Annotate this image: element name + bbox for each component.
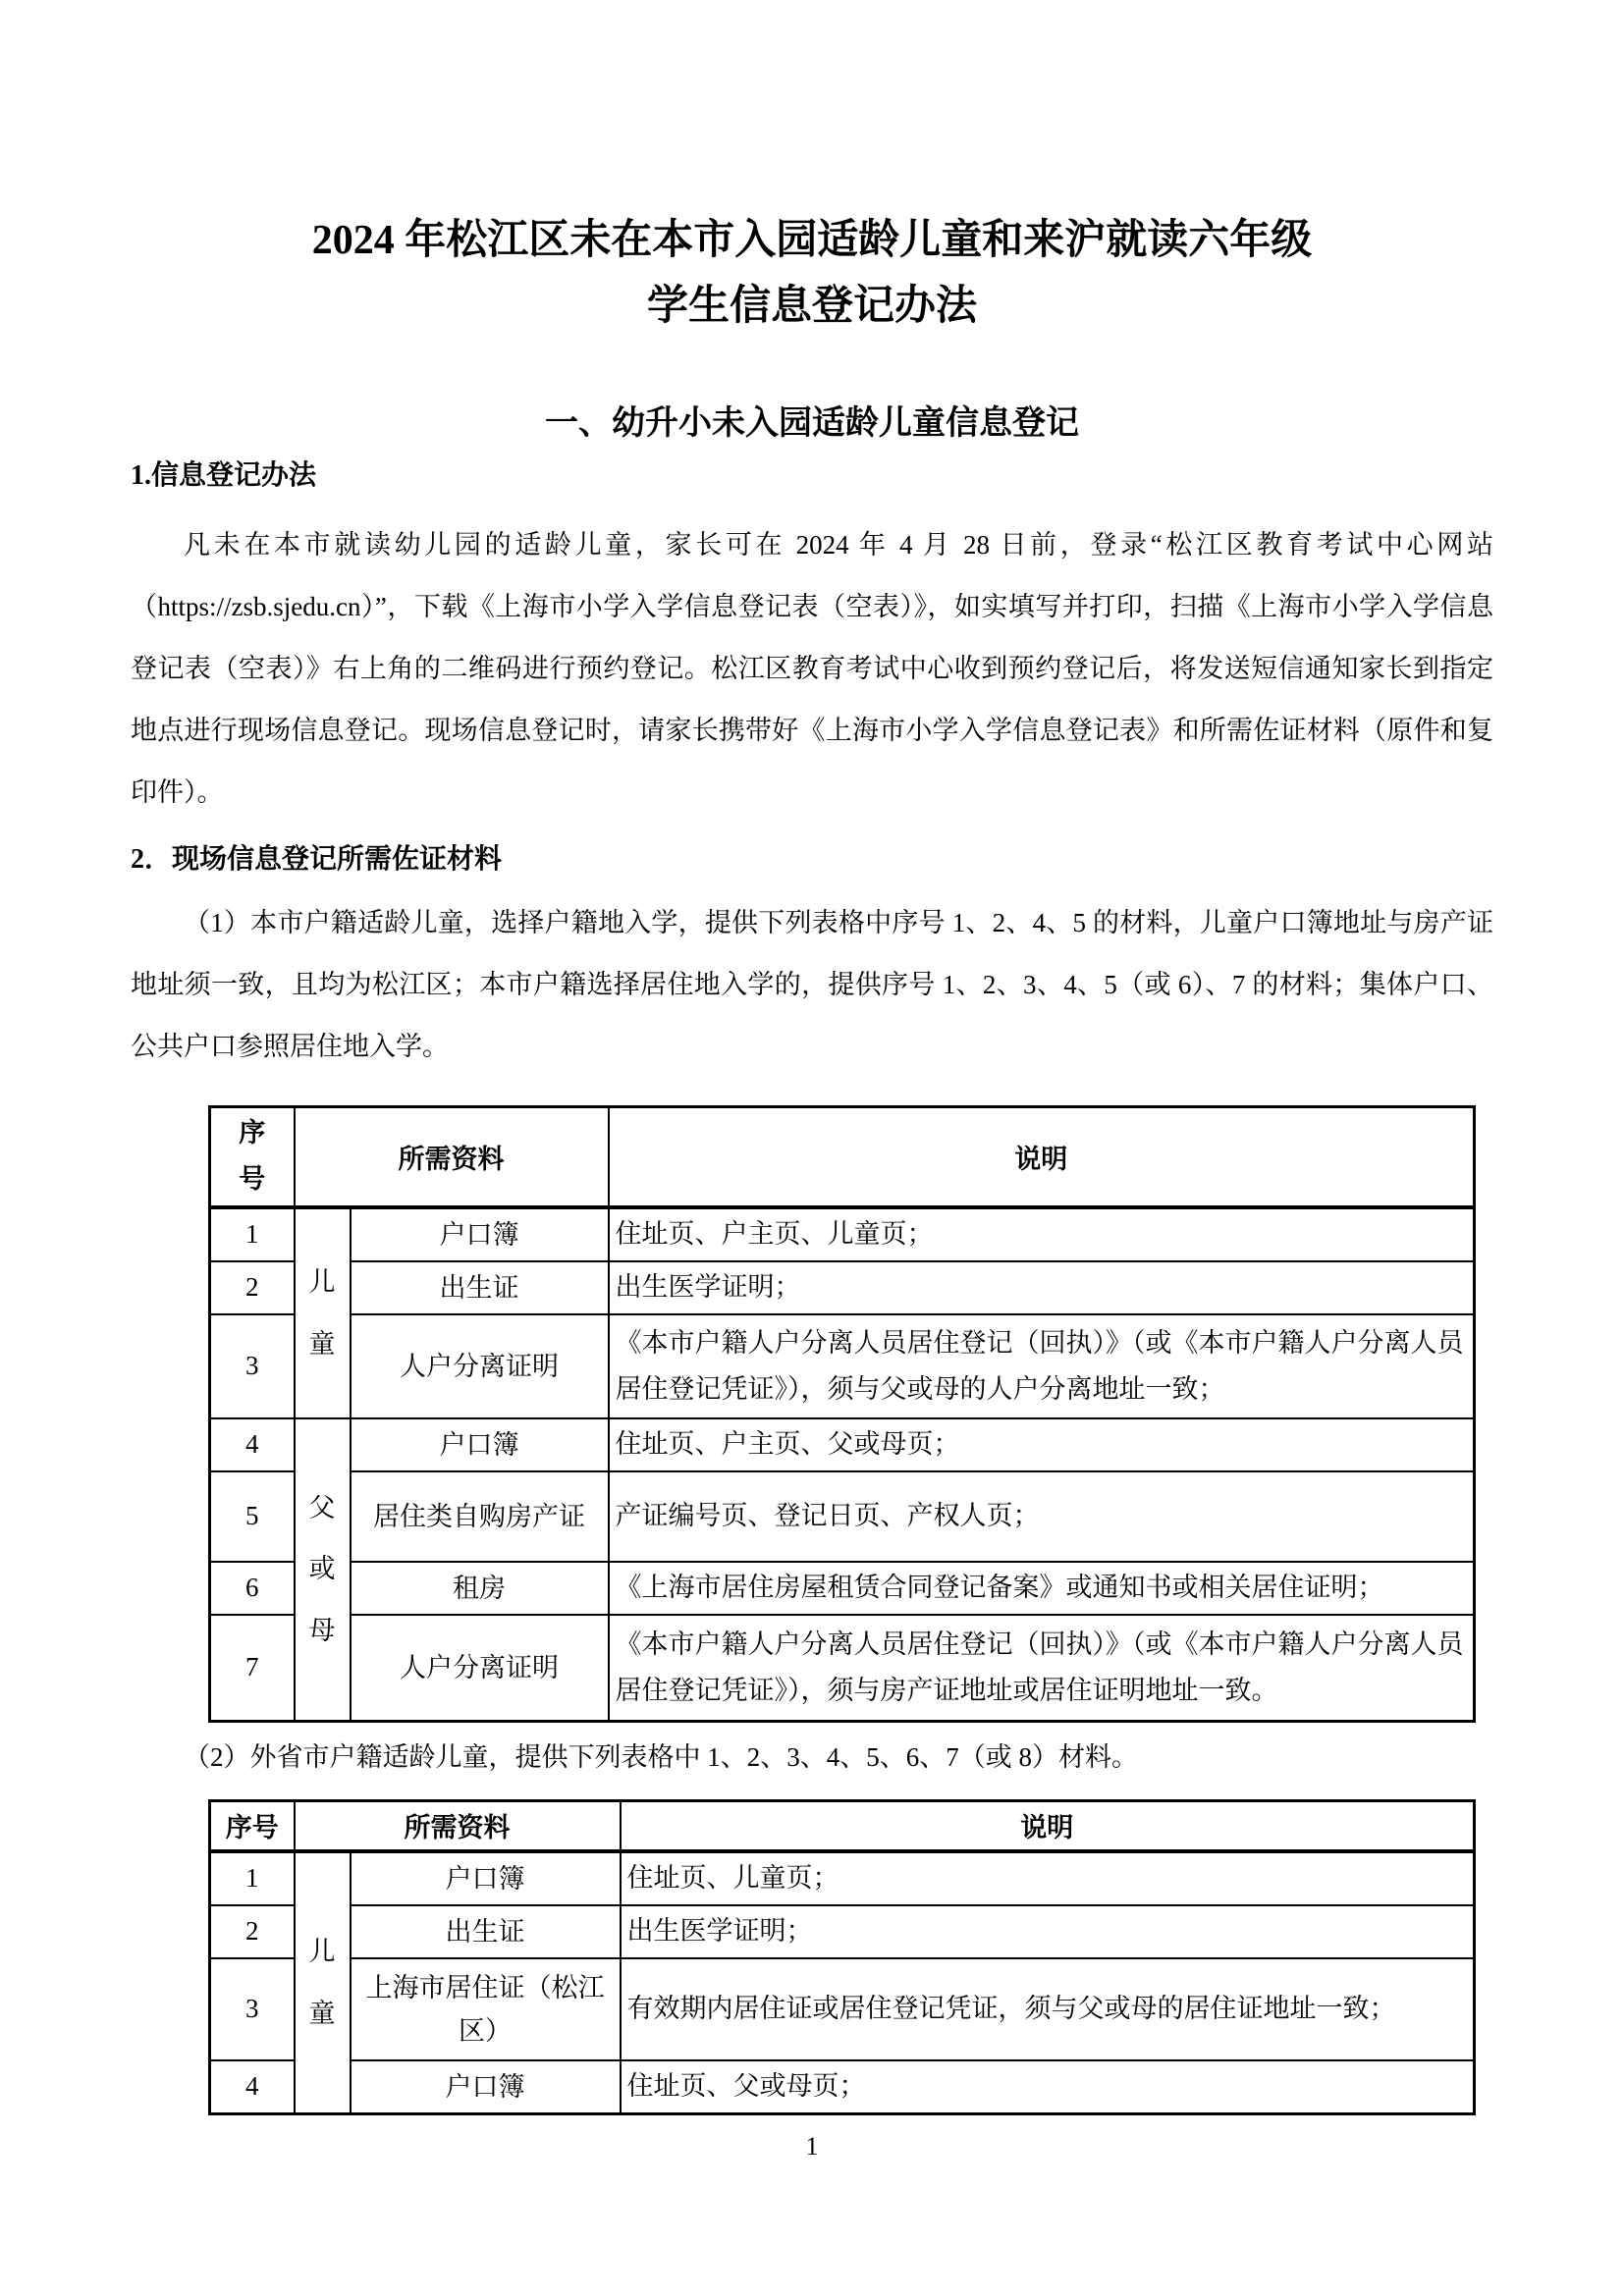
- table2-header-no: 序号: [210, 1800, 295, 1851]
- cell-no: 4: [210, 2060, 295, 2114]
- cell-no: 2: [210, 1261, 295, 1314]
- cell-material: 居住类自购房产证: [351, 1471, 609, 1562]
- cell-no: 5: [210, 1471, 295, 1562]
- cell-description: 住址页、父或母页；: [621, 2060, 1475, 2114]
- cell-description: 出生医学证明；: [621, 1905, 1475, 1958]
- cell-description: 有效期内居住证或居住登记凭证，须与父或母的居住证地址一致；: [621, 1958, 1475, 2060]
- cell-description: 《上海市居住房屋租赁合同登记备案》或通知书或相关居住证明；: [609, 1562, 1475, 1615]
- table2-header-material: 所需资料: [295, 1800, 621, 1851]
- table1-header-row: 序号 所需资料 说明: [210, 1107, 1475, 1207]
- cell-description: 住址页、户主页、儿童页；: [609, 1207, 1475, 1261]
- document-title-line2: 学生信息登记办法: [131, 274, 1493, 340]
- table1-header-description: 说明: [609, 1107, 1475, 1207]
- cell-description: 出生医学证明；: [609, 1261, 1475, 1314]
- cell-material: 租房: [351, 1562, 609, 1615]
- cell-description: 产证编号页、登记日页、产权人页；: [609, 1471, 1475, 1562]
- table-row: 2 出生证 出生医学证明；: [210, 1905, 1475, 1958]
- cell-material: 上海市居住证（松江区）: [351, 1958, 621, 2060]
- cell-material: 人户分离证明: [351, 1615, 609, 1722]
- table-row: 4 户口簿 住址页、父或母页；: [210, 2060, 1475, 2114]
- table-row: 3 上海市居住证（松江区） 有效期内居住证或居住登记凭证，须与父或母的居住证地址…: [210, 1958, 1475, 2060]
- table1-header-material: 所需资料: [295, 1107, 609, 1207]
- table-local-household-materials: 序号 所需资料 说明 1 儿童 户口簿 住址页、户主页、儿童页； 2 出生证 出…: [208, 1105, 1476, 1723]
- group-label-children: 儿童: [295, 1851, 351, 2114]
- table-row: 3 人户分离证明 《本市户籍人户分离人员居住登记（回执）》（或《本市户籍人户分离…: [210, 1314, 1475, 1418]
- cell-no: 2: [210, 1905, 295, 1958]
- subheading-required-materials: 2．现场信息登记所需佐证材料: [131, 839, 1493, 881]
- table-row: 6 租房 《上海市居住房屋租赁合同登记备案》或通知书或相关居住证明；: [210, 1562, 1475, 1615]
- paragraph-nonlocal-household: （2）外省市户籍适龄儿童，提供下列表格中 1、2、3、4、5、6、7（或 8）材…: [131, 1727, 1493, 1788]
- cell-material: 出生证: [351, 1905, 621, 1958]
- cell-material: 户口簿: [351, 1207, 609, 1261]
- cell-no: 1: [210, 1207, 295, 1261]
- paragraph-local-household: （1）本市户籍适龄儿童，选择户籍地入学，提供下列表格中序号 1、2、4、5 的材…: [131, 892, 1493, 1078]
- cell-material: 户口簿: [351, 1418, 609, 1471]
- table-nonlocal-household-materials: 序号 所需资料 说明 1 儿童 户口簿 住址页、儿童页； 2 出生证 出生医学证…: [208, 1799, 1476, 2115]
- document-title: 2024 年松江区未在本市入园适龄儿童和来沪就读六年级 学生信息登记办法: [131, 0, 1493, 340]
- document-content: 2024 年松江区未在本市入园适龄儿童和来沪就读六年级 学生信息登记办法 一、幼…: [0, 0, 1624, 2164]
- cell-description: 《本市户籍人户分离人员居住登记（回执）》（或《本市户籍人户分离人员居住登记凭证》…: [609, 1314, 1475, 1418]
- table-row: 2 出生证 出生医学证明；: [210, 1261, 1475, 1314]
- table1-header-no: 序号: [210, 1107, 295, 1207]
- table-row: 5 居住类自购房产证 产证编号页、登记日页、产权人页；: [210, 1471, 1475, 1562]
- group-label-parents: 父或母: [295, 1418, 351, 1722]
- cell-no: 3: [210, 1958, 295, 2060]
- cell-no: 6: [210, 1562, 295, 1615]
- document-page: 2024 年松江区未在本市入园适龄儿童和来沪就读六年级 学生信息登记办法 一、幼…: [0, 0, 1624, 2296]
- cell-material: 出生证: [351, 1261, 609, 1314]
- table2-header-description: 说明: [621, 1800, 1475, 1851]
- table-row: 1 儿童 户口簿 住址页、户主页、儿童页；: [210, 1207, 1475, 1261]
- group-label-children: 儿童: [295, 1207, 351, 1418]
- subheading-registration-method: 1.信息登记办法: [131, 455, 1493, 497]
- cell-description: 住址页、户主页、父或母页；: [609, 1418, 1475, 1471]
- cell-material: 户口簿: [351, 2060, 621, 2114]
- table-row: 1 儿童 户口簿 住址页、儿童页；: [210, 1851, 1475, 1905]
- paragraph-registration-method: 凡未在本市就读幼儿园的适龄儿童，家长可在 2024 年 4 月 28 日前，登录…: [131, 514, 1493, 824]
- cell-material: 人户分离证明: [351, 1314, 609, 1418]
- cell-description: 《本市户籍人户分离人员居住登记（回执）》（或《本市户籍人户分离人员居住登记凭证》…: [609, 1615, 1475, 1722]
- cell-material: 户口簿: [351, 1851, 621, 1905]
- document-title-line1: 2024 年松江区未在本市入园适龄儿童和来沪就读六年级: [131, 208, 1493, 274]
- cell-no: 7: [210, 1615, 295, 1722]
- cell-no: 4: [210, 1418, 295, 1471]
- section-heading: 一、幼升小未入园适龄儿童信息登记: [131, 399, 1493, 450]
- table2-header-row: 序号 所需资料 说明: [210, 1800, 1475, 1851]
- table-row: 4 父或母 户口簿 住址页、户主页、父或母页；: [210, 1418, 1475, 1471]
- table-row: 7 人户分离证明 《本市户籍人户分离人员居住登记（回执）》（或《本市户籍人户分离…: [210, 1615, 1475, 1722]
- cell-no: 3: [210, 1314, 295, 1418]
- cell-no: 1: [210, 1851, 295, 1905]
- page-number: 1: [131, 2129, 1493, 2164]
- cell-description: 住址页、儿童页；: [621, 1851, 1475, 1905]
